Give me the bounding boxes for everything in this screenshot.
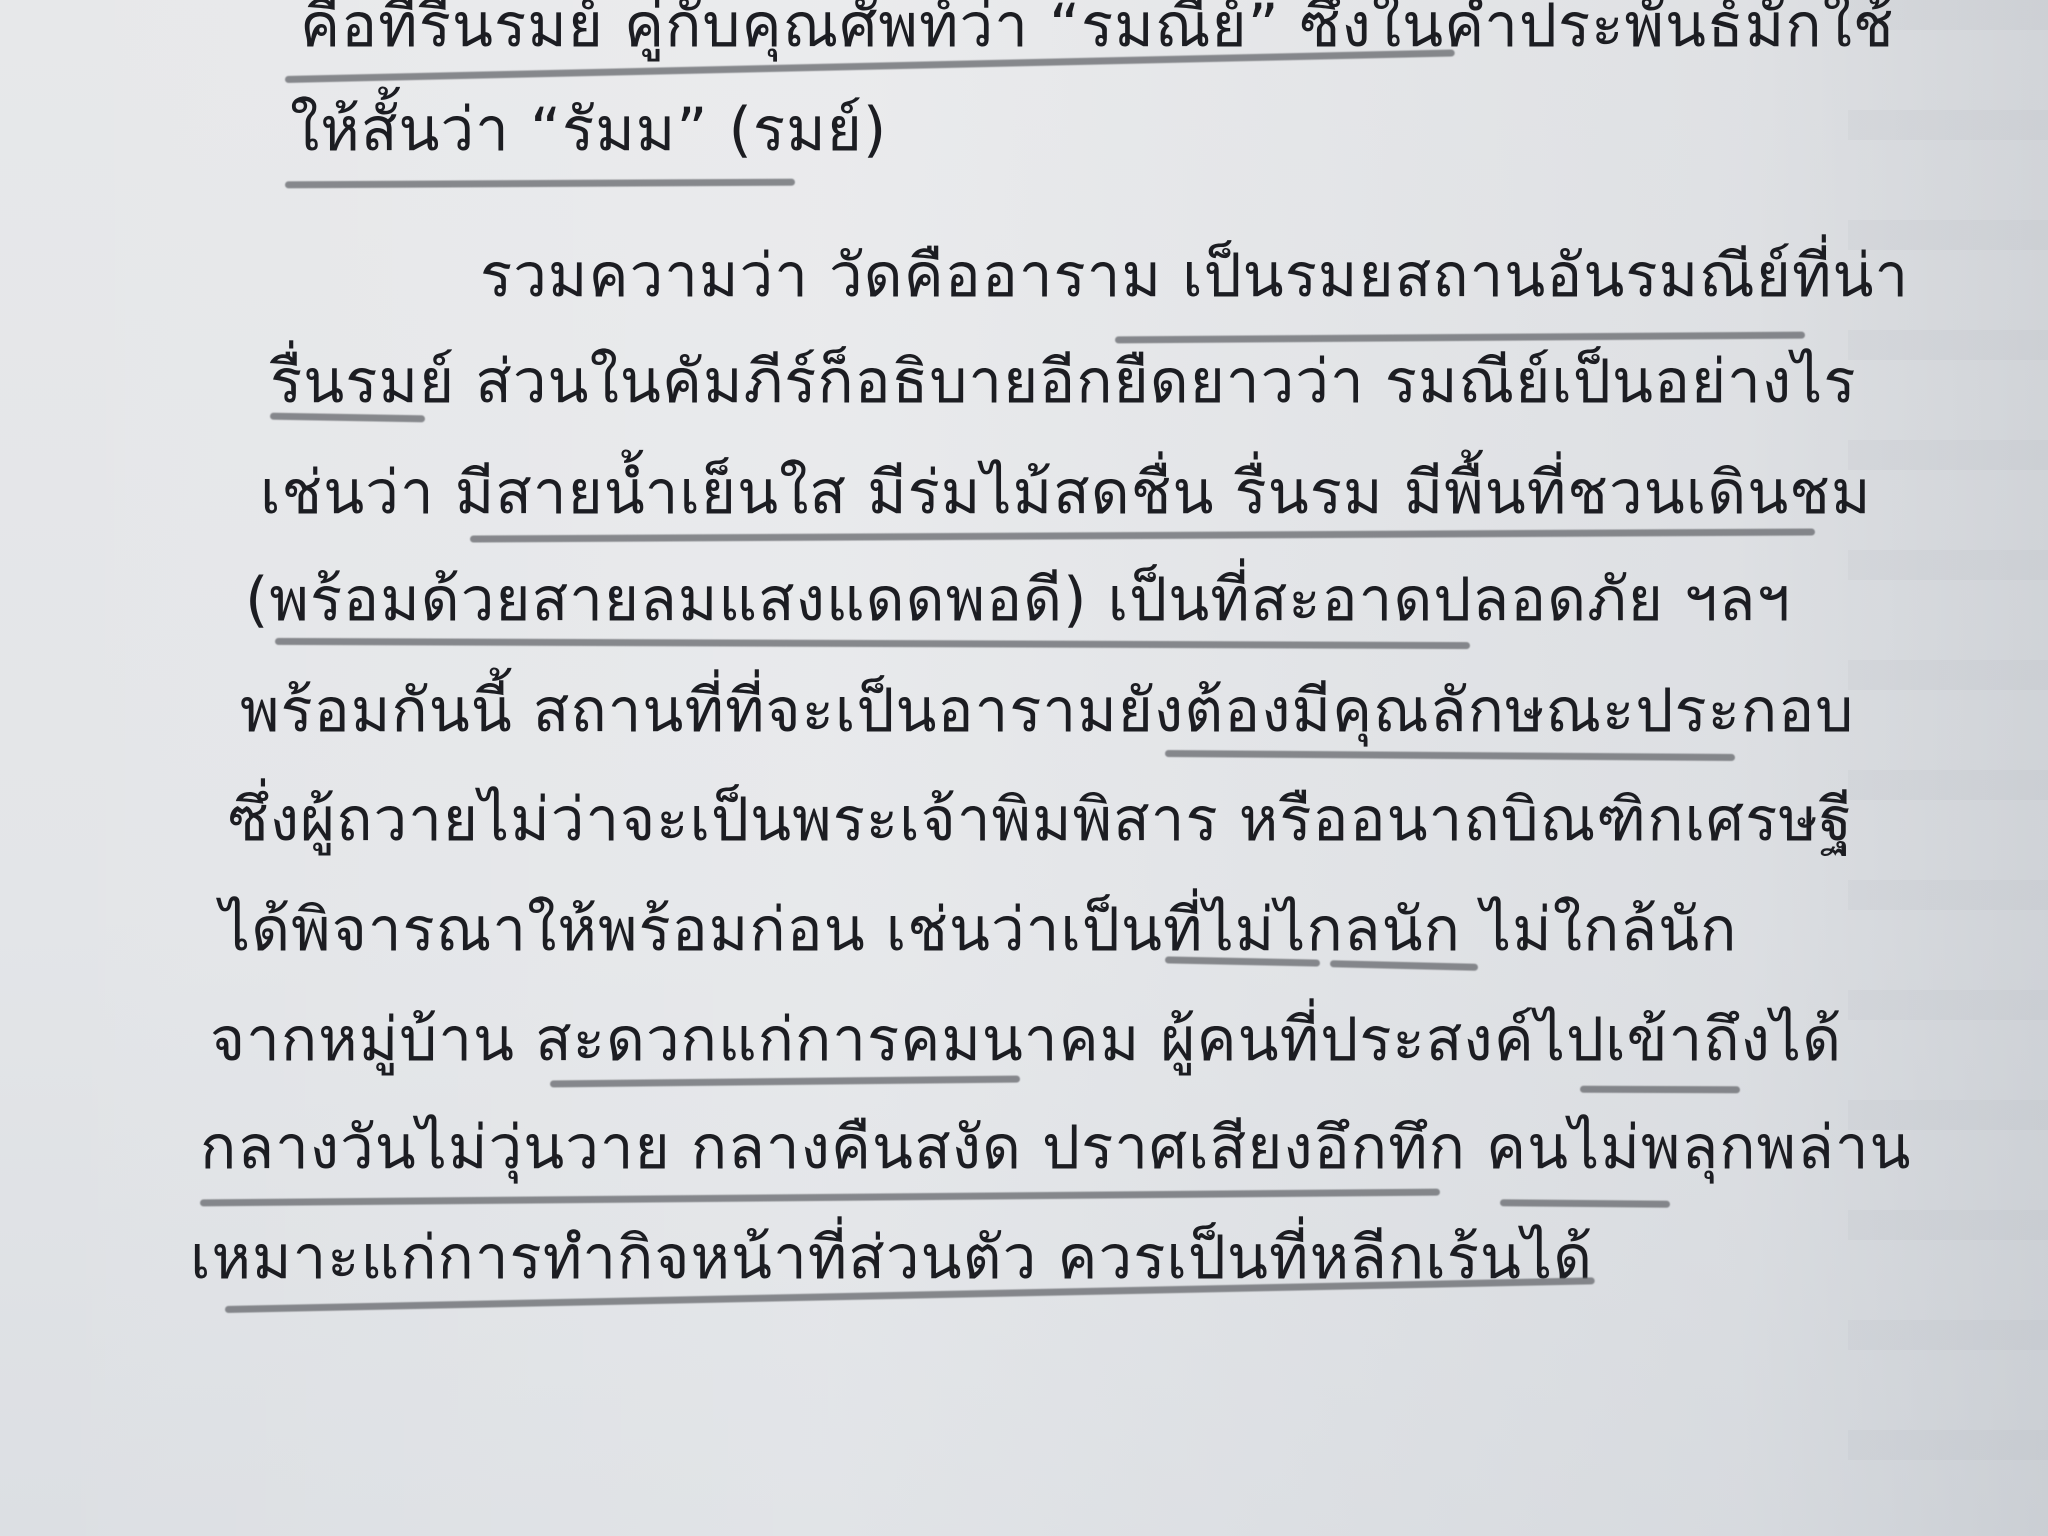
text-line: จากหมู่บ้าน สะดวกแก่การคมนาคม ผู้คนที่ปร… [210,1010,1842,1070]
text-line: เหมาะแก่การทำกิจหน้าที่ส่วนตัว ควรเป็นที… [190,1228,1593,1288]
book-page: คือที่รื่นรมย์ คู่กับคุณศัพท์ว่า “รมณีย์… [0,0,2048,1536]
pencil-underline [1115,332,1805,344]
pencil-underline [275,638,1470,649]
text-line: คือที่รื่นรมย์ คู่กับคุณศัพท์ว่า “รมณีย์… [300,0,1895,56]
text-line: ได้พิจารณาให้พร้อมก่อน เช่นว่าเป็นที่ไม่… [220,900,1737,960]
text-line: (พร้อมด้วยสายลมแสงแดดพอดี) เป็นที่สะอาดป… [245,570,1791,630]
text-line: กลางวันไม่วุ่นวาย กลางคืนสงัด ปราศเสียงอ… [200,1118,1912,1178]
pencil-underline [270,413,425,423]
text-line: ให้สั้นว่า “รัมม” (รมย์) [290,100,887,160]
pencil-underline [1580,1086,1740,1094]
pencil-underline [1500,1199,1670,1207]
pencil-underline [200,1189,1440,1207]
text-line: รื่นรมย์ ส่วนในคัมภีร์ก็อธิบายอีกยืดยาวว… [270,352,1857,412]
page-bleed-through [1848,0,2048,1536]
pencil-underline [1165,750,1735,761]
text-line: เช่นว่า มีสายน้ำเย็นใส มีร่มไม้สดชื่น รื… [260,463,1872,523]
pencil-underline [470,528,1815,542]
text-line: รวมความว่า วัดคืออาราม เป็นรมยสถานอันรมณ… [480,246,1909,306]
text-line: ซึ่งผู้ถวายไม่ว่าจะเป็นพระเจ้าพิมพิสาร ห… [228,790,1853,850]
text-line: พร้อมกันนี้ สถานที่ที่จะเป็นอารามยังต้อง… [240,681,1854,741]
pencil-underline [550,1076,1020,1088]
pencil-underline [285,179,795,189]
